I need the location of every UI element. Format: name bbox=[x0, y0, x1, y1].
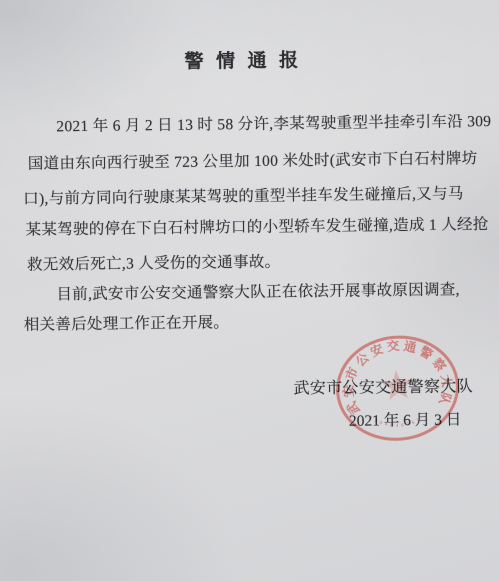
body-line: 2021 年 6 月 2 日 13 时 58 分许,李某驾驶重型半挂牵引车沿 3… bbox=[56, 109, 491, 136]
body-line: 救无效后死亡,3 人受伤的交通事故。 bbox=[27, 250, 281, 275]
body-line: 目前,武安市公安交通警察大队正在依法开展事故原因调查, bbox=[56, 277, 460, 304]
document-photo: 警情通报 2021 年 6 月 2 日 13 时 58 分许,李某驾驶重型半挂牵… bbox=[0, 0, 499, 581]
svg-text:1304846061: 1304846061 bbox=[368, 410, 423, 432]
police-bulletin: 警情通报 2021 年 6 月 2 日 13 时 58 分许,李某驾驶重型半挂牵… bbox=[0, 0, 499, 581]
body-line: 国道由东向西行驶至 723 公里加 100 米处时(武安市下白石村牌坊 bbox=[28, 146, 478, 173]
seal-serial-number: 1304846061 bbox=[368, 410, 423, 432]
star-icon bbox=[381, 369, 414, 401]
page-title: 警情通报 bbox=[184, 45, 310, 74]
body-line: 相关善后处理工作正在开展。 bbox=[24, 310, 230, 335]
body-line: 口),与前方同向行驶康某某驾驶的重型半挂车发生碰撞后,又与马 bbox=[23, 181, 464, 208]
official-seal-stamp: 武安市公安交通警察大队 1304846061 bbox=[330, 328, 466, 448]
body-line: 某某驾驶的停在下白石村牌坊口的小型轿车发生碰撞,造成 1 人经抢 bbox=[25, 212, 488, 240]
